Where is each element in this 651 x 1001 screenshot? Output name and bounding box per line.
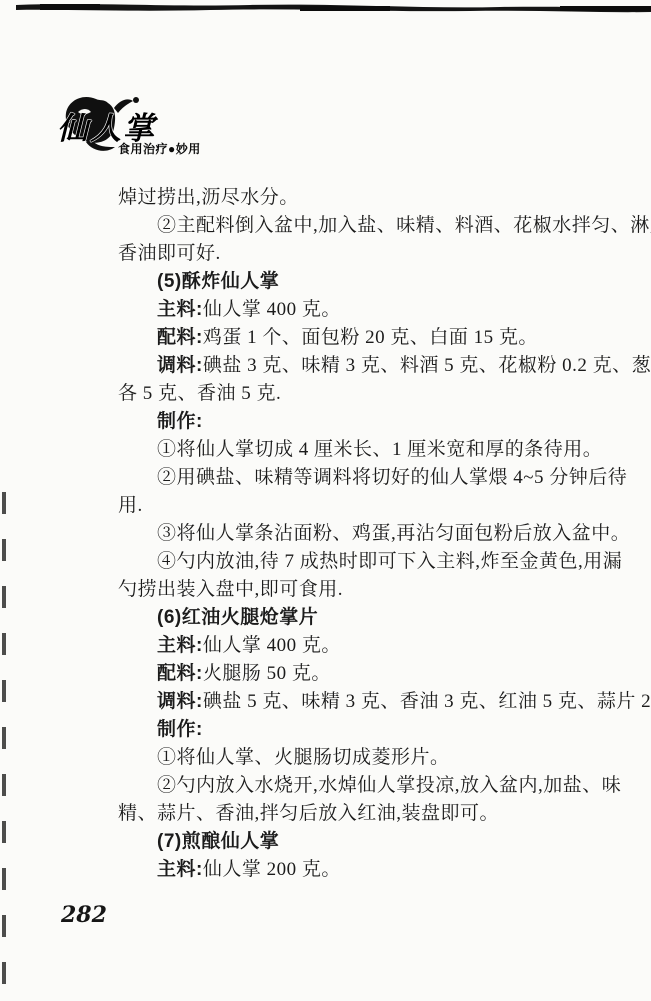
recipe-heading: (5)酥炸仙人掌	[118, 268, 610, 296]
text-line: ②用碘盐、味精等调料将切好的仙人掌煨 4~5 分钟后待	[118, 464, 610, 492]
label-prefix: 配料:	[157, 663, 203, 684]
scanned-book-page: 仙人掌 食用治疗●妙用 焯过捞出,沥尽水分。②主配料倒入盆中,加入盐、味精、料酒…	[0, 0, 651, 1001]
logo-title: 仙人掌	[57, 111, 159, 146]
text-line: 配料:鸡蛋 1 个、面包粉 20 克、白面 15 克。	[118, 324, 610, 352]
label-prefix: 调料:	[157, 691, 203, 712]
label-prefix: 配料:	[157, 327, 203, 348]
recipe-heading: (6)红油火腿炝掌片	[118, 604, 610, 632]
text-line: ①将仙人掌、火腿肠切成菱形片。	[118, 744, 610, 772]
label-prefix: 主料:	[157, 299, 203, 320]
text-line: 勺捞出装入盘中,即可食用.	[118, 576, 610, 604]
text-line: 制作:	[118, 716, 610, 744]
label-prefix: 主料:	[157, 635, 203, 656]
text-line: 用.	[118, 492, 610, 520]
text-line: 配料:火腿肠 50 克。	[118, 660, 610, 688]
top-rule-graphic	[0, 0, 651, 16]
text-line: 各 5 克、香油 5 克.	[118, 380, 610, 408]
logo-subtitle: 食用治疗●妙用	[118, 141, 201, 156]
body-text: 焯过捞出,沥尽水分。②主配料倒入盆中,加入盐、味精、料酒、花椒水拌匀、淋入香油即…	[118, 184, 610, 884]
text-line: 主料:仙人掌 400 克。	[118, 632, 610, 660]
label-prefix: 制作:	[157, 719, 203, 740]
top-border-rule	[0, 0, 651, 16]
text-line: 调料:碘盐 3 克、味精 3 克、料酒 5 克、花椒粉 0.2 克、葱姜	[118, 352, 610, 380]
binding-marks	[2, 492, 6, 1001]
text-line: ④勺内放油,待 7 成热时即可下入主料,炸至金黄色,用漏	[118, 548, 610, 576]
label-prefix: 调料:	[157, 355, 203, 376]
label-prefix: 主料:	[157, 859, 203, 880]
text-line: ②勺内放入水烧开,水焯仙人掌投凉,放入盆内,加盐、味	[118, 772, 610, 800]
recipe-heading: (7)煎酿仙人掌	[118, 828, 610, 856]
text-line: 主料:仙人掌 400 克。	[118, 296, 610, 324]
text-line: 香油即可好.	[118, 240, 610, 268]
text-line: ③将仙人掌条沾面粉、鸡蛋,再沾匀面包粉后放入盆中。	[118, 520, 610, 548]
label-prefix: 制作:	[157, 411, 203, 432]
text-line: 主料:仙人掌 200 克。	[118, 856, 610, 884]
text-line: 精、蒜片、香油,拌匀后放入红油,装盘即可。	[118, 800, 610, 828]
book-logo: 仙人掌 食用治疗●妙用	[56, 94, 206, 160]
text-line: 调料:碘盐 5 克、味精 3 克、香油 3 克、红油 5 克、蒜片 2 克。	[118, 688, 610, 716]
page-number: 282	[61, 902, 107, 928]
text-line: ①将仙人掌切成 4 厘米长、1 厘米宽和厚的条待用。	[118, 436, 610, 464]
text-line: 焯过捞出,沥尽水分。	[118, 184, 610, 212]
text-line: ②主配料倒入盆中,加入盐、味精、料酒、花椒水拌匀、淋入	[118, 212, 610, 240]
text-line: 制作:	[118, 408, 610, 436]
